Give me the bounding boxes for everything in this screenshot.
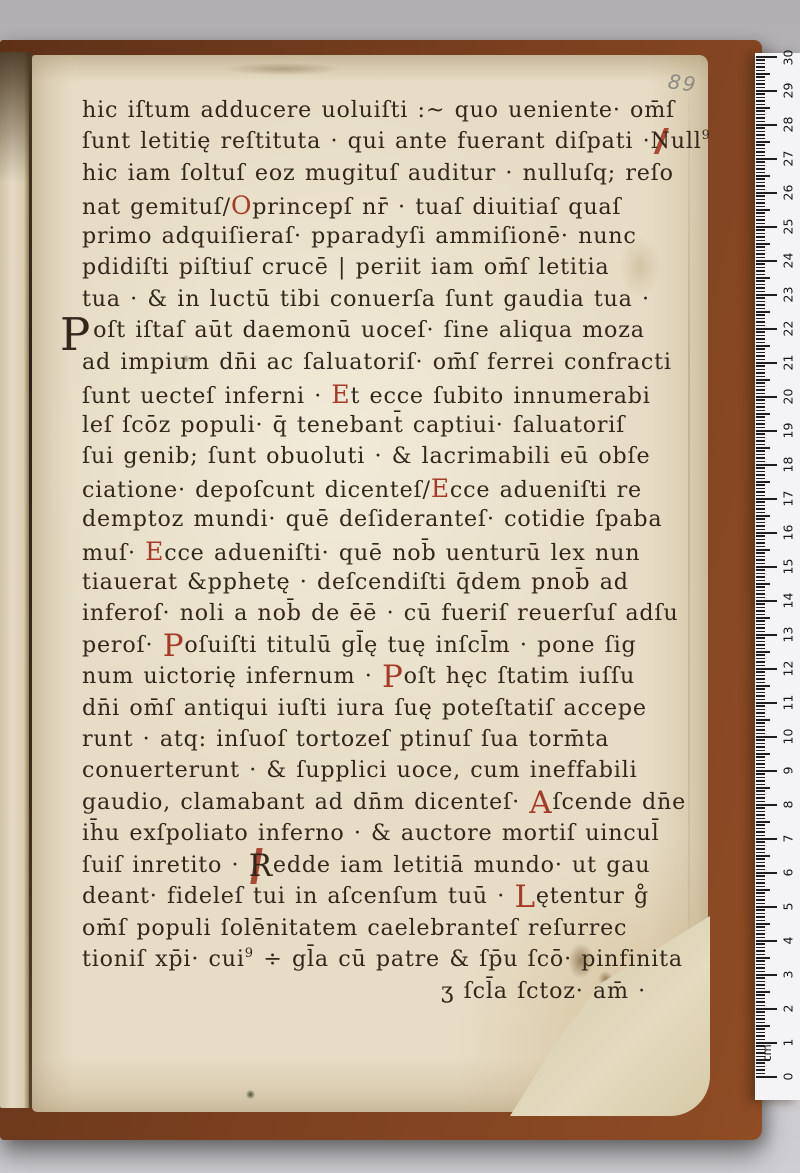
ruler-tick — [756, 539, 765, 541]
ruler-tick — [756, 1049, 765, 1051]
ruler-tick — [756, 699, 765, 701]
ruler-tick — [756, 178, 765, 180]
ruler-tick — [756, 998, 765, 1000]
ruler-tick — [756, 688, 765, 690]
ruler-tick — [756, 739, 765, 741]
folio-number: 89 — [667, 69, 699, 96]
ruler-tick — [756, 879, 765, 881]
rubric-initial: E — [331, 380, 350, 409]
manuscript-line-3: hic iam ſoltuſ eoz mugituſ auditur · nul… — [82, 160, 650, 192]
ruler-tick — [756, 549, 770, 551]
ruler-tick — [756, 508, 765, 510]
ruler-tick — [756, 464, 777, 466]
text-segment: ſunt letitię reſtituta · qui ante fueran… — [82, 128, 651, 154]
ruler-tick — [756, 858, 765, 860]
ruler-tick — [756, 270, 765, 272]
ruler-tick — [756, 926, 765, 928]
edge-stain — [228, 63, 338, 75]
ruler-tick — [756, 189, 765, 191]
ruler-tick — [756, 372, 765, 374]
ruler-number: 1 — [780, 1033, 797, 1053]
ruler-tick — [756, 257, 765, 259]
ruler-tick — [756, 991, 770, 993]
ruler-tick — [756, 814, 765, 816]
ruler-number: 29 — [780, 81, 797, 101]
manuscript-line-22: conuerterunt · & ſupplici uoce, cum inef… — [82, 757, 650, 789]
text-segment: 9 — [702, 128, 711, 143]
text-segment: R — [249, 848, 273, 884]
ruler-tick — [756, 719, 770, 721]
ruler-tick — [756, 403, 765, 405]
ruler-number: 30 — [780, 48, 797, 68]
ruler-tick — [756, 661, 765, 663]
ruler-tick — [756, 1022, 765, 1024]
manuscript-line-14: demptoz mundi· quē deſideranteſ· cotidie… — [82, 506, 650, 538]
ruler-tick — [756, 937, 765, 939]
ruler-tick — [756, 637, 765, 639]
ruler-number: 21 — [780, 353, 797, 373]
ruler-tick — [756, 1062, 765, 1064]
text-segment: 9 — [245, 946, 254, 961]
ruler-tick — [756, 1066, 765, 1068]
text-segment: princepſ nr̄ · tuaſ diuitiaſ quaſ — [252, 194, 621, 220]
manuscript-line-9: ad impium dn̄i ac ſaluatoriſ· om̄ſ ferre… — [82, 349, 650, 381]
ruler-tick — [756, 267, 765, 269]
ruler-number: 11 — [780, 693, 797, 713]
ruler-tick — [756, 97, 765, 99]
ruler-tick — [756, 369, 765, 371]
text-segment: ętentur g̊ — [536, 883, 649, 909]
text-segment: muſ· — [82, 540, 145, 566]
ruler-number: 28 — [780, 115, 797, 135]
ruler-tick — [756, 155, 765, 157]
manuscript-line-13: ciatione· depoſcunt dicenteſ/Ecce adueni… — [82, 474, 650, 506]
dark-spot — [246, 1090, 255, 1099]
facing-page-edge — [0, 52, 30, 1108]
ruler-tick — [756, 348, 765, 350]
text-segment: ſcende dn̄e — [552, 789, 686, 815]
ruler-tick — [756, 906, 777, 908]
ruler-tick — [756, 104, 765, 106]
ruler-tick — [756, 355, 765, 357]
ruler-tick — [756, 1035, 765, 1037]
ruler-tick — [756, 515, 770, 517]
ruler-tick — [756, 338, 765, 340]
ruler-tick — [756, 131, 765, 133]
ruler-tick — [756, 709, 765, 711]
ruler-tick — [756, 229, 765, 231]
ruler-tick — [756, 250, 765, 252]
ruler-tick — [756, 165, 765, 167]
ruler-tick — [756, 294, 777, 296]
ruler-tick — [756, 518, 765, 520]
ruler-tick — [756, 66, 765, 68]
ruler-tick — [756, 376, 765, 378]
ruler-tick — [756, 440, 765, 442]
ruler-tick — [756, 59, 765, 61]
ruler-tick — [756, 546, 765, 548]
text-segment: tiauerat &pphetę · deſcendiſti q̄dem pno… — [82, 569, 629, 595]
ruler-tick — [756, 994, 765, 996]
manuscript-line-1: hic iſtum adducere uoluiſti :~ quo uenie… — [82, 97, 650, 129]
ruler-tick — [756, 695, 765, 697]
ruler-number: 22 — [780, 319, 797, 339]
ruler-tick — [756, 651, 770, 653]
ruler-tick — [756, 984, 765, 986]
ruler-tick — [756, 930, 765, 932]
manuscript-line-21: runt · atq: inſuoſ tortozeſ ptinuſ ſua t… — [82, 726, 650, 758]
ruler-tick — [756, 841, 765, 843]
manuscript-line-19: num uictorię infernum · Poſt hęc ſtatim … — [82, 663, 650, 695]
ruler-tick — [756, 260, 777, 262]
ruler-tick — [756, 712, 765, 714]
text-segment: tioniſ xp̄i· cui — [82, 946, 245, 972]
text-segment: N — [651, 128, 671, 154]
ruler-tick — [756, 444, 765, 446]
ruler-tick — [756, 903, 765, 905]
ruler-tick — [756, 702, 777, 704]
ruler-tick — [756, 240, 765, 242]
ruler-tick — [756, 362, 777, 364]
ruler-tick — [756, 780, 765, 782]
ruler-tick — [756, 746, 765, 748]
ruler-tick — [756, 967, 765, 969]
manuscript-line-18: peroſ· Poſuiſti titulū gl̄ę tuę inſcl̄m … — [82, 632, 650, 664]
ruler-number: 15 — [780, 557, 797, 577]
ruler-tick — [756, 151, 765, 153]
ruler-tick — [756, 311, 770, 313]
ruler-number: 23 — [780, 285, 797, 305]
ruler-tick — [756, 801, 765, 803]
ruler-tick — [756, 760, 765, 762]
ruler-tick — [756, 950, 765, 952]
ruler-tick — [756, 988, 765, 990]
ruler-tick — [756, 127, 765, 129]
ruler-number: 5 — [780, 897, 797, 917]
ruler-tick — [756, 818, 765, 820]
manuscript-line-27: om̄ſ populi ſolēnitatem caelebranteſ reſ… — [82, 915, 650, 947]
ruler-tick — [756, 848, 765, 850]
ruler-tick — [756, 1025, 770, 1027]
ruler-tick — [756, 665, 765, 667]
ruler-tick — [756, 1042, 777, 1044]
ruler-tick — [756, 1045, 765, 1047]
ruler-tick — [756, 977, 765, 979]
ruler-tick — [756, 219, 765, 221]
ruler-tick — [756, 420, 765, 422]
ruler-tick — [756, 280, 765, 282]
ruler-number: 19 — [780, 421, 797, 441]
ruler-tick — [756, 940, 777, 942]
ruler-tick — [756, 474, 765, 476]
ruler-tick — [756, 600, 777, 602]
ruler-tick — [756, 716, 765, 718]
ruler-tick — [756, 845, 765, 847]
ruler-tick — [756, 182, 765, 184]
ruler-tick — [756, 471, 765, 473]
text-segment: inferoſ· noli a nob̄ de ēē · cū fueriſ r… — [82, 600, 679, 626]
ruler-tick — [756, 185, 765, 187]
ruler-tick — [756, 777, 765, 779]
text-segment: ad impium dn̄i ac ſaluatoriſ· om̄ſ ferre… — [82, 349, 672, 375]
ruler-tick — [756, 406, 765, 408]
ruler-tick — [756, 532, 777, 534]
manuscript-line-24: ih̄u exſpoliato inferno · & auctore mort… — [82, 820, 650, 852]
ruler-tick — [756, 63, 765, 65]
ruler-tick — [756, 668, 777, 670]
text-segment: ſuiſ inretito · — [82, 852, 249, 878]
ruler-tick — [756, 862, 765, 864]
text-segment: om̄ſ populi ſolēnitatem caelebranteſ reſ… — [82, 915, 627, 941]
rubric-initial: E — [431, 474, 450, 503]
ruler-tick — [756, 835, 765, 837]
ruler-tick — [756, 246, 765, 248]
ruler-tick — [756, 206, 765, 208]
ruler-tick — [756, 947, 765, 949]
ruler-tick — [756, 110, 765, 112]
ruler-tick — [756, 437, 765, 439]
ruler-tick — [756, 522, 765, 524]
ruler-tick — [756, 733, 765, 735]
manuscript-line-15: muſ· Ecce adueniſti· quē nob̄ uenturū le… — [82, 537, 650, 569]
rubric-initial: P — [382, 659, 404, 695]
ruler-tick — [756, 790, 765, 792]
ruler-tick — [756, 634, 777, 636]
ruler-tick — [756, 586, 765, 588]
ruler-number: 2 — [780, 999, 797, 1019]
ruler-tick — [756, 505, 765, 507]
text-segment: demptoz mundi· quē deſideranteſ· cotidie… — [82, 506, 662, 532]
manuscript-line-7: tua · & in luctū tibi conuerſa ſunt gaud… — [82, 286, 650, 318]
ruler-tick — [756, 301, 765, 303]
ruler-tick — [756, 121, 765, 123]
ruler-tick — [756, 852, 765, 854]
ruler-tick — [756, 345, 770, 347]
manuscript-line-23: gaudio, clamabant ad dn̄m dicenteſ· Aſce… — [82, 789, 650, 821]
ruler-tick — [756, 743, 765, 745]
ruler-tick — [756, 192, 777, 194]
ruler-tick — [756, 328, 777, 330]
ruler-tick — [756, 416, 765, 418]
ruler-tick — [756, 1005, 765, 1007]
ruler-tick — [756, 875, 765, 877]
ruler-tick — [756, 134, 765, 136]
ruler-tick — [756, 199, 765, 201]
ruler-tick — [756, 678, 765, 680]
ruler-tick — [756, 365, 765, 367]
ruler-tick — [756, 838, 777, 840]
ruler-tick — [756, 631, 765, 633]
ruler-tick — [756, 454, 765, 456]
ruler-tick — [756, 1076, 777, 1078]
text-segment: ih̄u exſpoliato inferno · & auctore mort… — [82, 820, 660, 846]
ruler-tick — [756, 1052, 765, 1054]
ruler-tick — [756, 56, 777, 58]
ruler-tick — [756, 100, 765, 102]
text-segment: ciatione· depoſcunt dicenteſ/ — [82, 477, 431, 503]
ruler-tick — [756, 831, 765, 833]
ruler-tick — [756, 202, 765, 204]
ruler-tick — [756, 933, 765, 935]
ruler-tick — [756, 909, 765, 911]
rubric-initial: E — [145, 537, 164, 566]
ruler-tick — [756, 529, 765, 531]
ruler-tick — [756, 484, 765, 486]
ruler-tick — [756, 393, 765, 395]
ruler-tick — [756, 243, 770, 245]
ruler-tick — [756, 614, 765, 616]
ruler-tick — [756, 76, 765, 78]
ruler-tick — [756, 141, 770, 143]
ruler-tick — [756, 107, 770, 109]
ruler-number: 17 — [780, 489, 797, 509]
ruler-tick — [756, 1008, 777, 1010]
ruler-tick — [756, 770, 777, 772]
ruler-tick — [756, 308, 765, 310]
text-segment: deant· fideleſ tui in aſcenſum tuū · — [82, 883, 514, 909]
ruler-number: 8 — [780, 795, 797, 815]
ruler-tick — [756, 512, 765, 514]
ruler-tick — [756, 576, 765, 578]
ruler-tick — [756, 195, 765, 197]
ruler-tick — [756, 685, 770, 687]
ruler-tick — [756, 277, 770, 279]
ruler-tick — [756, 1069, 765, 1071]
ruler-tick — [756, 80, 765, 82]
ruler-tick — [756, 620, 765, 622]
text-segment: conuerterunt · & ſupplici uoce, cum inef… — [82, 757, 637, 783]
ruler-tick — [756, 410, 765, 412]
text-segment: runt · atq: inſuoſ tortozeſ ptinuſ ſua t… — [82, 726, 609, 752]
ruler-number: 10 — [780, 727, 797, 747]
ruler-tick — [756, 882, 765, 884]
ruler-tick — [756, 641, 765, 643]
ruler-tick — [756, 569, 765, 571]
ruler-tick — [756, 954, 765, 956]
ruler-tick — [756, 682, 765, 684]
text-segment: oſt iſtaſ aūt daemonū uoceſ· ſine aliqua… — [93, 317, 645, 343]
rubric-initial: L — [514, 879, 535, 915]
rubric-initial: A — [529, 785, 552, 821]
ruler-tick — [756, 865, 765, 867]
ruler-tick — [756, 359, 765, 361]
manuscript-line-26: deant· fideleſ tui in aſcenſum tuū · Lęt… — [82, 883, 650, 915]
ruler-tick — [756, 352, 765, 354]
manuscript-line-20: dn̄i om̄ſ antiqui iuſti iura ſuę poteſta… — [82, 695, 650, 727]
ruler-tick — [756, 478, 765, 480]
ruler-tick — [756, 427, 765, 429]
ruler-number: 26 — [780, 183, 797, 203]
ruler-tick — [756, 73, 770, 75]
ruler-tick — [756, 627, 765, 629]
text-segment: dn̄i om̄ſ antiqui iuſti iura ſuę poteſta… — [82, 695, 647, 721]
text-segment: leſ ſcōz populi· q̄ tenebant̄ captiui· ſ… — [82, 412, 625, 438]
ruler-tick — [756, 161, 765, 163]
ruler-tick — [756, 488, 765, 490]
manuscript-line-6: pdidiſti piſtiuſ crucē | periit iam om̄ſ… — [82, 254, 650, 286]
ruler-tick — [756, 960, 765, 962]
ruler-tick — [756, 964, 765, 966]
ruler-tick — [756, 899, 765, 901]
ruler-tick — [756, 287, 765, 289]
ruler-number: 7 — [780, 829, 797, 849]
text-segment: cce adueniſti re — [450, 477, 642, 503]
ruler-tick — [756, 87, 765, 89]
text-segment: ſui genib; ſunt obuoluti · & lacrimabili… — [82, 443, 650, 469]
ruler-number: 4 — [780, 931, 797, 951]
text-segment: ʒ ſcl̄a ſctoz· am̄ · — [441, 978, 646, 1004]
ruler-tick — [756, 525, 765, 527]
ruler-tick — [756, 1028, 765, 1030]
ruler-tick — [756, 93, 765, 95]
ruler-number: 6 — [780, 863, 797, 883]
photo-scene: 89 hic iſtum adducere uoluiſti :~ quo ue… — [0, 0, 800, 1173]
manuscript-line-11: leſ ſcōz populi· q̄ tenebant̄ captiui· ſ… — [82, 412, 650, 444]
ruler-tick — [756, 124, 777, 126]
ruler-tick — [756, 593, 765, 595]
ruler-tick — [756, 291, 765, 293]
ruler-tick — [756, 971, 765, 973]
ruler-tick — [756, 223, 765, 225]
text-segment: num uictorię infernum · — [82, 663, 382, 689]
parchment-crease — [688, 63, 690, 1043]
text-segment: tua · & in luctū tibi conuerſa ſunt gaud… — [82, 286, 650, 312]
ruler-tick — [756, 943, 765, 945]
text-segment: cce adueniſti· quē nob̄ uenturū lex nun — [164, 540, 640, 566]
ruler-tick — [756, 603, 765, 605]
ruler-tick — [756, 658, 765, 660]
ruler-tick — [756, 423, 765, 425]
ruler-tick — [756, 753, 770, 755]
ruler-tick — [756, 644, 765, 646]
ruler-tick — [756, 763, 765, 765]
ruler-tick — [756, 607, 765, 609]
ruler-tick — [756, 318, 765, 320]
ruler-tick — [756, 610, 765, 612]
ruler-tick — [756, 1001, 765, 1003]
ruler-tick — [756, 70, 765, 72]
ruler-tick — [756, 335, 765, 337]
text-segment: ÷ gl̄a cū patre & ſp̄u ſcō· pinfinita — [254, 946, 683, 972]
ruler-tick — [756, 321, 765, 323]
ruler-tick — [756, 467, 765, 469]
ruler-tick — [756, 144, 765, 146]
ruler-tick — [756, 913, 765, 915]
ruler-number: 9 — [780, 761, 797, 781]
ruler-tick — [756, 314, 765, 316]
ruler-tick — [756, 498, 777, 500]
ruler-tick — [756, 148, 765, 150]
ruler-tick — [756, 138, 765, 140]
ruler-tick — [756, 1032, 765, 1034]
ruler-tick — [756, 481, 770, 483]
ruler-tick — [756, 617, 770, 619]
text-segment: oſt hęc ſtatim iuſſu — [404, 663, 636, 689]
ruler-tick — [756, 1018, 765, 1020]
ruler-tick — [756, 896, 765, 898]
ruler-tick — [756, 1073, 765, 1075]
ruler-number: 12 — [780, 659, 797, 679]
ruler-tick — [756, 1011, 765, 1013]
ruler-tick — [756, 750, 765, 752]
ruler-tick — [756, 274, 765, 276]
ruler-tick — [756, 457, 765, 459]
ruler-tick — [756, 675, 765, 677]
ruler-tick — [756, 573, 765, 575]
ruler-number: 25 — [780, 217, 797, 237]
ruler-tick — [756, 1039, 765, 1041]
ruler-tick — [756, 114, 765, 116]
